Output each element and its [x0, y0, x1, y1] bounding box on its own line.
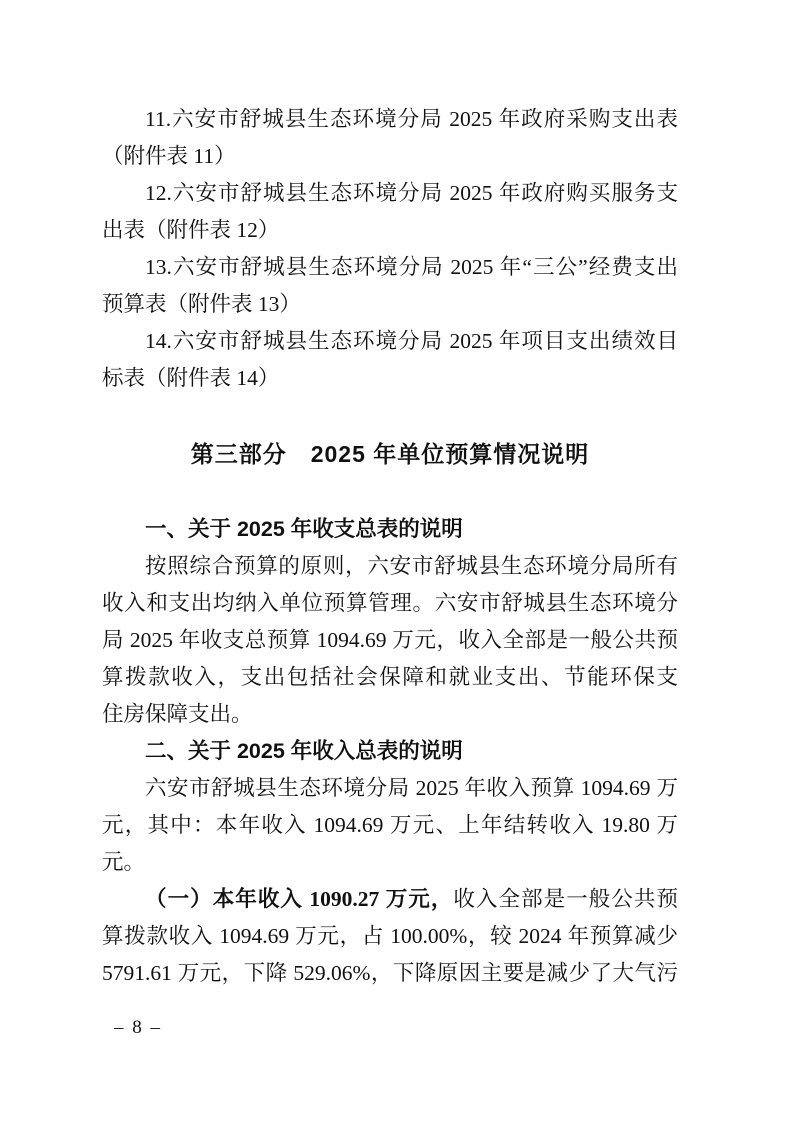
- section-heading-block: 第三部分 2025 年单位预算情况说明: [102, 436, 678, 473]
- document-page: 11.六安市舒城县生态环境分局 2025 年政府采购支出表（附件表 11）12.…: [0, 0, 793, 1122]
- paragraph-line: 收入和支出均纳入单位预算管理。六安市舒城县生态环境分: [102, 585, 678, 622]
- text-segment: 按照综合预算的原则，六安市舒城县生态环境分局所有: [145, 554, 678, 578]
- text-segment: 预算表（附件表 13）: [102, 292, 301, 316]
- text-segment: 收入和支出均纳入单位预算管理。六安市舒城县生态环境分: [102, 591, 678, 615]
- paragraph-line: （一）本年收入 1090.27 万元，收入全部是一般公共预: [102, 881, 678, 918]
- subsection-heading: 二、关于 2025 年收入总表的说明: [102, 733, 678, 770]
- subsection-heading: 一、关于 2025 年收支总表的说明: [102, 511, 678, 548]
- list-item: 14.六安市舒城县生态环境分局 2025 年项目支出绩效目标表（附件表 14）: [102, 323, 678, 397]
- paragraph: 六安市舒城县生态环境分局 2025 年收入预算 1094.69 万元，其中：本年…: [102, 770, 678, 881]
- paragraph: （一）本年收入 1090.27 万元，收入全部是一般公共预算拨款收入 1094.…: [102, 881, 678, 992]
- text-segment: 收入全部是一般公共预: [453, 887, 678, 911]
- paragraph-line: 出表（附件表 12）: [102, 212, 678, 249]
- text-segment: 元。: [102, 850, 145, 874]
- text-segment: 11.六安市舒城县生态环境分局 2025 年政府采购支出表: [145, 107, 678, 131]
- paragraph-line: 标表（附件表 14）: [102, 360, 678, 397]
- paragraph-line: 11.六安市舒城县生态环境分局 2025 年政府采购支出表: [102, 101, 678, 138]
- paragraph-line: 局 2025 年收支总预算 1094.69 万元，收入全部是一般公共预: [102, 622, 678, 659]
- paragraph-line: 5791.61 万元，下降 529.06%，下降原因主要是减少了大气污: [102, 955, 678, 992]
- paragraph-line: 元，其中：本年收入 1094.69 万元、上年结转收入 19.80 万: [102, 807, 678, 844]
- paragraph-line: 按照综合预算的原则，六安市舒城县生态环境分局所有: [102, 548, 678, 585]
- text-segment: 元，其中：本年收入 1094.69 万元、上年结转收入 19.80 万: [102, 813, 678, 837]
- paragraph-line: 14.六安市舒城县生态环境分局 2025 年项目支出绩效目: [102, 323, 678, 360]
- text-segment: 标表（附件表 14）: [102, 366, 279, 390]
- text-segment: 六安市舒城县生态环境分局 2025 年收入预算 1094.69 万: [145, 776, 678, 800]
- doc-content: 11.六安市舒城县生态环境分局 2025 年政府采购支出表（附件表 11）12.…: [102, 101, 678, 992]
- text-segment: 算拨款收入 1094.69 万元，占 100.00%，较 2024 年预算减少: [102, 924, 678, 948]
- paragraph-line: 元。: [102, 844, 678, 881]
- text-segment: 13.六安市舒城县生态环境分局 2025 年“三公”经费支出: [145, 255, 678, 279]
- paragraph-line: 12.六安市舒城县生态环境分局 2025 年政府购买服务支: [102, 175, 678, 212]
- paragraph-line: 六安市舒城县生态环境分局 2025 年收入预算 1094.69 万: [102, 770, 678, 807]
- text-segment: （一）本年收入 1090.27 万元，: [145, 887, 453, 911]
- paragraph: 按照综合预算的原则，六安市舒城县生态环境分局所有收入和支出均纳入单位预算管理。六…: [102, 548, 678, 733]
- paragraph-line: （附件表 11）: [102, 138, 678, 175]
- list-item: 13.六安市舒城县生态环境分局 2025 年“三公”经费支出预算表（附件表 13…: [102, 249, 678, 323]
- text-segment: 住房保障支出。: [102, 702, 253, 726]
- text-segment: 12.六安市舒城县生态环境分局 2025 年政府购买服务支: [145, 181, 678, 205]
- section-heading: 第三部分 2025 年单位预算情况说明: [102, 436, 678, 473]
- text-segment: 局 2025 年收支总预算 1094.69 万元，收入全部是一般公共预: [102, 628, 678, 652]
- text-segment: 出表（附件表 12）: [102, 218, 279, 242]
- text-segment: 5791.61 万元，下降 529.06%，下降原因主要是减少了大气污: [102, 961, 678, 985]
- paragraph-line: 算拨款收入，支出包括社会保障和就业支出、节能环保支出、: [102, 659, 678, 696]
- text-segment: 算拨款收入，支出包括社会保障和就业支出、节能环保支出、: [102, 665, 678, 696]
- list-item: 12.六安市舒城县生态环境分局 2025 年政府购买服务支出表（附件表 12）: [102, 175, 678, 249]
- footer-page-number: – 8 –: [114, 1014, 162, 1042]
- text-segment: （附件表 11）: [102, 144, 236, 168]
- paragraph-line: 预算表（附件表 13）: [102, 286, 678, 323]
- text-segment: 14.六安市舒城县生态环境分局 2025 年项目支出绩效目: [145, 329, 678, 353]
- list-item: 11.六安市舒城县生态环境分局 2025 年政府采购支出表（附件表 11）: [102, 101, 678, 175]
- paragraph-line: 住房保障支出。: [102, 696, 678, 733]
- paragraph-line: 13.六安市舒城县生态环境分局 2025 年“三公”经费支出: [102, 249, 678, 286]
- paragraph-line: 算拨款收入 1094.69 万元，占 100.00%，较 2024 年预算减少: [102, 918, 678, 955]
